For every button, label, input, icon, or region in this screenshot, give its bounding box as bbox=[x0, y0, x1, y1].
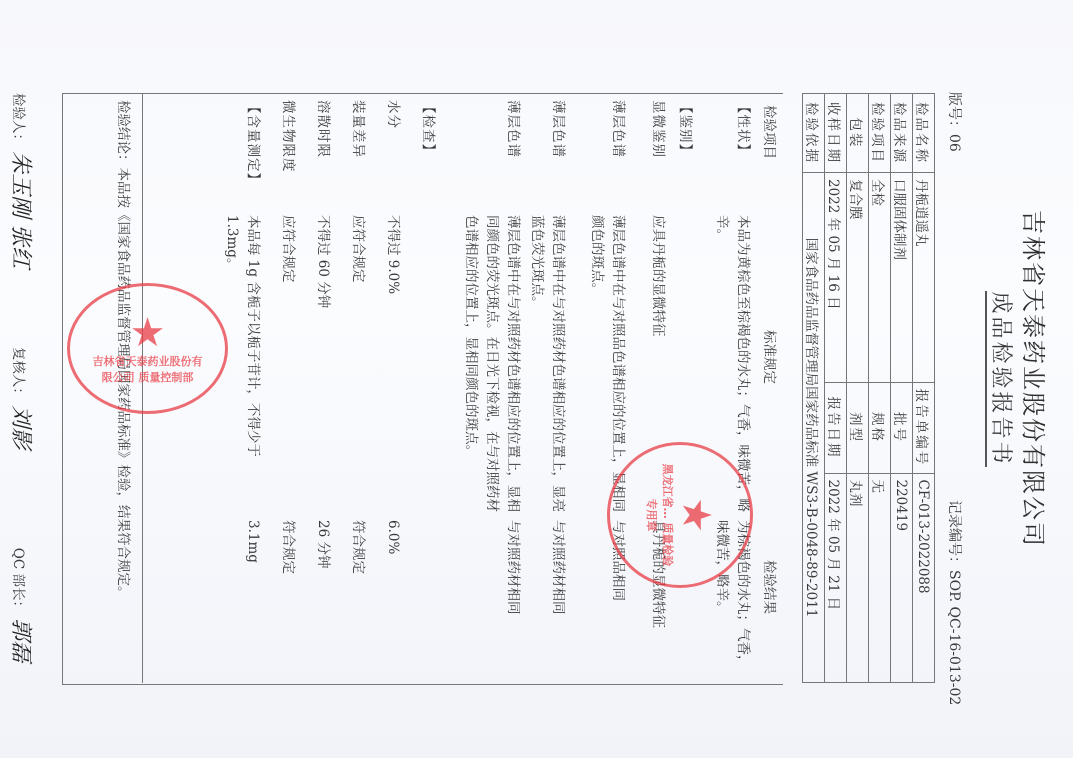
test-item: 薄层色谱 bbox=[502, 100, 523, 200]
test-item: 溶散时限 bbox=[312, 100, 333, 200]
column-header-result: 检验结果 bbox=[761, 560, 781, 614]
reviewer-signature: 刘影 bbox=[8, 405, 33, 449]
company-name: 吉林省天泰药业股份有限公司 bbox=[1018, 0, 1053, 758]
test-result: 与对照药材相同 bbox=[547, 520, 568, 680]
divider bbox=[142, 93, 143, 683]
test-item: 【检查】 bbox=[417, 100, 438, 200]
column-header-item: 检验项目 bbox=[761, 105, 781, 159]
conclusion-text: 检验结论：本品按《国家食品药品监督管理局国家药品标准》检验，结果符合规定。 bbox=[115, 100, 135, 600]
test-item: 薄层色谱 bbox=[607, 100, 628, 200]
test-standard: 本品为黄棕色至棕褐色的水丸；气香，味微苦，略辛。 bbox=[711, 215, 753, 515]
inspection-report-page: 吉林省天泰药业股份有限公司 成品检验报告书 版号：06 记录编号：SOP. QC… bbox=[0, 0, 1073, 758]
test-item: 水分 bbox=[382, 100, 403, 200]
record-number: 记录编号：SOP. QC-16-013-02 bbox=[945, 500, 965, 705]
test-item: 【含量测定】 bbox=[242, 100, 263, 200]
batch-number: 220419 bbox=[891, 473, 913, 683]
info-row: 检品来源 口服固体制剂 批号 220419 bbox=[891, 94, 913, 683]
test-standard: 薄层色谱中在与对照品色谱相应的位置上，显相同颜色的斑点。 bbox=[586, 215, 628, 515]
test-standard: 薄层色谱中在与对照药材色谱相应的位置上，显亮蓝色荧光斑点。 bbox=[526, 215, 568, 515]
product-info-table: 检品名称 丹栀逍遥丸 报告单编号 CF-013-2022088 检品来源 口服固… bbox=[802, 93, 935, 683]
test-result: 符合规定 bbox=[277, 520, 298, 680]
test-item: 微生物限度 bbox=[277, 100, 298, 200]
test-result: 与对照品相同 bbox=[607, 520, 628, 680]
test-standard: 本品每 1g 含栀子以栀子苷计，不得少于 1.3mg。 bbox=[221, 215, 263, 515]
test-result: 3.1mg bbox=[242, 520, 263, 680]
test-result: 6.0% bbox=[382, 520, 403, 680]
info-row: 收样日期 2022 年 05 月 16 日 报告日期 2022 年 05 月 2… bbox=[825, 94, 847, 683]
report-number: CF-013-2022088 bbox=[913, 473, 935, 683]
test-result: 与对照药材相同 bbox=[502, 520, 523, 680]
test-item: 显微鉴别 bbox=[647, 100, 668, 200]
test-standard: 薄层色谱中在与对照药材色谱相应的位置上，显相同颜色的荧光斑点。在日光下检视，在与… bbox=[460, 215, 523, 515]
test-result: 26 分钟 bbox=[312, 520, 333, 680]
version-number: 版号：06 bbox=[945, 92, 965, 152]
column-header-standard: 标准规定 bbox=[761, 330, 781, 384]
inspection-basis: 国家食品药品监督管理局国家药品标准 WS3-B-0048-89-2011 bbox=[803, 173, 825, 683]
received-date: 2022 年 05 月 16 日 bbox=[825, 173, 847, 383]
test-standard: 应符合规定 bbox=[347, 215, 368, 515]
test-standard: 不得过 9.0% bbox=[382, 215, 403, 515]
test-result: 具丹栀的显微特征 bbox=[647, 520, 668, 680]
test-standard: 应具丹栀的显微特征 bbox=[647, 215, 668, 515]
test-item: 【性状】 bbox=[732, 100, 753, 200]
test-item: 装量差异 bbox=[347, 100, 368, 200]
info-row: 检品名称 丹栀逍遥丸 报告单编号 CF-013-2022088 bbox=[913, 94, 935, 683]
info-row: 检验依据 国家食品药品监督管理局国家药品标准 WS3-B-0048-89-201… bbox=[803, 94, 825, 683]
test-result: 符合规定 bbox=[347, 520, 368, 680]
test-result: 为棕褐色的水丸；气香，味微苦，略辛。 bbox=[711, 520, 753, 680]
test-standard: 应符合规定 bbox=[277, 215, 298, 515]
test-standard: 不得过 60 分钟 bbox=[312, 215, 333, 515]
info-row: 检验项目 全检 规格 无 bbox=[869, 94, 891, 683]
test-item: 薄层色谱 bbox=[547, 100, 568, 200]
info-row: 包装 复合膜 剂型 丸剂 bbox=[847, 94, 869, 683]
report-title: 成品检验报告书 bbox=[987, 0, 1018, 758]
qc-signature: 郭磊 bbox=[8, 618, 33, 662]
report-date: 2022 年 05 月 21 日 bbox=[825, 473, 847, 683]
test-item: 【鉴别】 bbox=[674, 100, 695, 200]
product-name: 丹栀逍遥丸 bbox=[913, 173, 935, 383]
signature-line: 检验人： 朱玉刚 张红 复核人： 刘影 QC 部长： 郭磊 bbox=[7, 93, 38, 662]
inspector-signature: 朱玉刚 张红 bbox=[8, 151, 33, 268]
